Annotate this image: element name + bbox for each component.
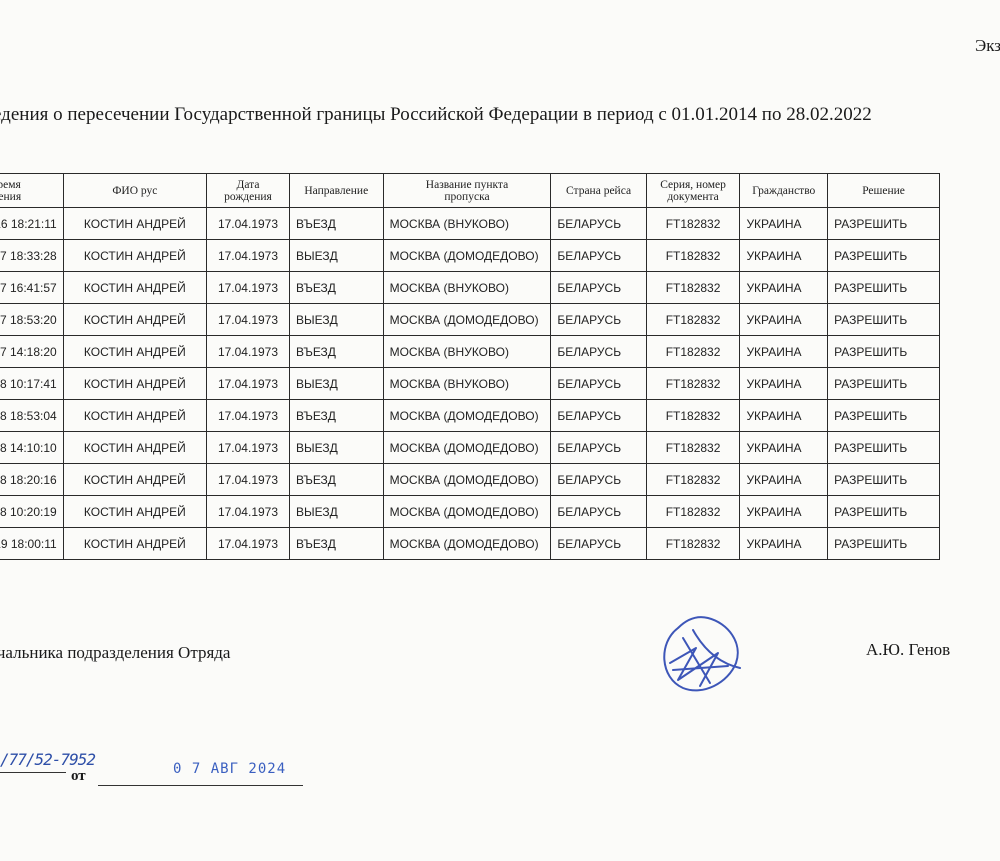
cell-direction: ВЪЕЗД [289, 208, 383, 240]
table-body: 16 18:21:11КОСТИН АНДРЕЙ17.04.1973ВЪЕЗДМ… [0, 208, 940, 560]
table-row: 17 18:33:28КОСТИН АНДРЕЙ17.04.1973ВЫЕЗДМ… [0, 240, 940, 272]
cell-name: КОСТИН АНДРЕЙ [63, 528, 206, 560]
cell-birthdate: 17.04.1973 [206, 368, 289, 400]
cell-birthdate: 17.04.1973 [206, 496, 289, 528]
date-stamp: 0 7 АВГ 2024 [173, 761, 286, 777]
cell-decision: РАЗРЕШИТЬ [828, 432, 940, 464]
header-name: ФИО рус [63, 174, 206, 208]
cell-direction: ВЫЕЗД [289, 432, 383, 464]
cell-document: FT182832 [646, 432, 740, 464]
cell-checkpoint: МОСКВА (ДОМОДЕДОВО) [383, 464, 551, 496]
cell-decision: РАЗРЕШИТЬ [828, 272, 940, 304]
cell-country: БЕЛАРУСЬ [551, 272, 646, 304]
cell-citizenship: УКРАИНА [740, 240, 828, 272]
cell-direction: ВЫЕЗД [289, 496, 383, 528]
cell-checkpoint: МОСКВА (ДОМОДЕДОВО) [383, 240, 551, 272]
cell-birthdate: 17.04.1973 [206, 304, 289, 336]
header-decision: Решение [828, 174, 940, 208]
header-birthdate: Датарождения [206, 174, 289, 208]
cell-citizenship: УКРАИНА [740, 464, 828, 496]
cell-birthdate: 17.04.1973 [206, 464, 289, 496]
cell-citizenship: УКРАИНА [740, 208, 828, 240]
cell-decision: РАЗРЕШИТЬ [828, 400, 940, 432]
cell-direction: ВЫЕЗД [289, 368, 383, 400]
cell-direction: ВЪЕЗД [289, 336, 383, 368]
table-row: 17 16:41:57КОСТИН АНДРЕЙ17.04.1973ВЪЕЗДМ… [0, 272, 940, 304]
header-citizenship: Гражданство [740, 174, 828, 208]
table-row: 16 18:21:11КОСТИН АНДРЕЙ17.04.1973ВЪЕЗДМ… [0, 208, 940, 240]
cell-document: FT182832 [646, 336, 740, 368]
signatory-name: А.Ю. Генов [866, 640, 950, 660]
cell-datetime: 18 10:17:41 [0, 368, 63, 400]
document-title: едения о пересечении Государственной гра… [0, 104, 872, 126]
cell-name: КОСТИН АНДРЕЙ [63, 208, 206, 240]
cell-citizenship: УКРАИНА [740, 336, 828, 368]
cell-datetime: 18 18:20:16 [0, 464, 63, 496]
cell-country: БЕЛАРУСЬ [551, 496, 646, 528]
cell-decision: РАЗРЕШИТЬ [828, 528, 940, 560]
cell-direction: ВЫЕЗД [289, 304, 383, 336]
cell-country: БЕЛАРУСЬ [551, 336, 646, 368]
table-row: 18 18:20:16КОСТИН АНДРЕЙ17.04.1973ВЪЕЗДМ… [0, 464, 940, 496]
cell-direction: ВЪЕЗД [289, 528, 383, 560]
cell-document: FT182832 [646, 208, 740, 240]
cell-checkpoint: МОСКВА (ВНУКОВО) [383, 336, 551, 368]
cell-citizenship: УКРАИНА [740, 304, 828, 336]
cell-datetime: 17 16:41:57 [0, 272, 63, 304]
cell-country: БЕЛАРУСЬ [551, 528, 646, 560]
cell-birthdate: 17.04.1973 [206, 272, 289, 304]
cell-country: БЕЛАРУСЬ [551, 432, 646, 464]
header-datetime: и времясечения [0, 174, 63, 208]
cell-country: БЕЛАРУСЬ [551, 368, 646, 400]
cell-datetime: 18 14:10:10 [0, 432, 63, 464]
cell-datetime: 17 18:53:20 [0, 304, 63, 336]
cell-name: КОСТИН АНДРЕЙ [63, 272, 206, 304]
cell-datetime: 19 18:00:11 [0, 528, 63, 560]
cell-citizenship: УКРАИНА [740, 400, 828, 432]
cell-checkpoint: МОСКВА (ВНУКОВО) [383, 272, 551, 304]
cell-name: КОСТИН АНДРЕЙ [63, 240, 206, 272]
cell-name: КОСТИН АНДРЕЙ [63, 336, 206, 368]
registration-number: /77/52-7952 [0, 750, 95, 769]
cell-birthdate: 17.04.1973 [206, 240, 289, 272]
cell-citizenship: УКРАИНА [740, 528, 828, 560]
signatory-position: ачальника подразделения Отряда [0, 643, 230, 663]
cell-checkpoint: МОСКВА (ДОМОДЕДОВО) [383, 400, 551, 432]
signature-icon [648, 608, 748, 700]
cell-name: КОСТИН АНДРЕЙ [63, 400, 206, 432]
cell-birthdate: 17.04.1973 [206, 528, 289, 560]
cell-datetime: 16 18:21:11 [0, 208, 63, 240]
cell-datetime: 17 14:18:20 [0, 336, 63, 368]
cell-document: FT182832 [646, 368, 740, 400]
cell-decision: РАЗРЕШИТЬ [828, 336, 940, 368]
header-direction: Направление [289, 174, 383, 208]
table-row: 18 18:53:04КОСТИН АНДРЕЙ17.04.1973ВЪЕЗДМ… [0, 400, 940, 432]
cell-document: FT182832 [646, 272, 740, 304]
table-row: 18 10:20:19КОСТИН АНДРЕЙ17.04.1973ВЫЕЗДМ… [0, 496, 940, 528]
cell-document: FT182832 [646, 400, 740, 432]
cell-citizenship: УКРАИНА [740, 432, 828, 464]
cell-direction: ВЪЕЗД [289, 400, 383, 432]
cell-birthdate: 17.04.1973 [206, 208, 289, 240]
cell-country: БЕЛАРУСЬ [551, 464, 646, 496]
cell-datetime: 18 10:20:19 [0, 496, 63, 528]
table-row: 19 18:00:11КОСТИН АНДРЕЙ17.04.1973ВЪЕЗДМ… [0, 528, 940, 560]
table-row: 17 18:53:20КОСТИН АНДРЕЙ17.04.1973ВЫЕЗДМ… [0, 304, 940, 336]
cell-country: БЕЛАРУСЬ [551, 304, 646, 336]
cell-decision: РАЗРЕШИТЬ [828, 208, 940, 240]
date-line [98, 785, 303, 786]
date-label: от [71, 768, 86, 785]
cell-citizenship: УКРАИНА [740, 272, 828, 304]
cell-checkpoint: МОСКВА (ДОМОДЕДОВО) [383, 432, 551, 464]
cell-checkpoint: МОСКВА (ДОМОДЕДОВО) [383, 304, 551, 336]
cell-citizenship: УКРАИНА [740, 368, 828, 400]
registration-number-line [0, 772, 66, 773]
header-document: Серия, номердокумента [646, 174, 740, 208]
cell-checkpoint: МОСКВА (ВНУКОВО) [383, 368, 551, 400]
cell-country: БЕЛАРУСЬ [551, 240, 646, 272]
border-crossings-table: и времясеченияФИО русДатарожденияНаправл… [0, 173, 940, 560]
cell-checkpoint: МОСКВА (ДОМОДЕДОВО) [383, 496, 551, 528]
cell-checkpoint: МОСКВА (ВНУКОВО) [383, 208, 551, 240]
cell-citizenship: УКРАИНА [740, 496, 828, 528]
cell-datetime: 18 18:53:04 [0, 400, 63, 432]
cell-birthdate: 17.04.1973 [206, 432, 289, 464]
cell-country: БЕЛАРУСЬ [551, 208, 646, 240]
table-row: 17 14:18:20КОСТИН АНДРЕЙ17.04.1973ВЪЕЗДМ… [0, 336, 940, 368]
cell-decision: РАЗРЕШИТЬ [828, 368, 940, 400]
cell-birthdate: 17.04.1973 [206, 400, 289, 432]
cell-datetime: 17 18:33:28 [0, 240, 63, 272]
cell-birthdate: 17.04.1973 [206, 336, 289, 368]
cell-document: FT182832 [646, 464, 740, 496]
cell-document: FT182832 [646, 304, 740, 336]
cell-document: FT182832 [646, 528, 740, 560]
cell-document: FT182832 [646, 496, 740, 528]
table-row: 18 10:17:41КОСТИН АНДРЕЙ17.04.1973ВЫЕЗДМ… [0, 368, 940, 400]
cell-direction: ВЪЕЗД [289, 464, 383, 496]
table-row: 18 14:10:10КОСТИН АНДРЕЙ17.04.1973ВЫЕЗДМ… [0, 432, 940, 464]
header-country: Страна рейса [551, 174, 646, 208]
cell-decision: РАЗРЕШИТЬ [828, 496, 940, 528]
header-checkpoint: Название пунктапропуска [383, 174, 551, 208]
cell-name: КОСТИН АНДРЕЙ [63, 432, 206, 464]
cell-document: FT182832 [646, 240, 740, 272]
cell-decision: РАЗРЕШИТЬ [828, 240, 940, 272]
table-header-row: и времясеченияФИО русДатарожденияНаправл… [0, 174, 940, 208]
cell-name: КОСТИН АНДРЕЙ [63, 496, 206, 528]
copy-label: Экз [975, 36, 1000, 56]
cell-name: КОСТИН АНДРЕЙ [63, 304, 206, 336]
cell-checkpoint: МОСКВА (ДОМОДЕДОВО) [383, 528, 551, 560]
cell-decision: РАЗРЕШИТЬ [828, 464, 940, 496]
cell-country: БЕЛАРУСЬ [551, 400, 646, 432]
cell-decision: РАЗРЕШИТЬ [828, 304, 940, 336]
cell-direction: ВЫЕЗД [289, 240, 383, 272]
cell-name: КОСТИН АНДРЕЙ [63, 464, 206, 496]
cell-name: КОСТИН АНДРЕЙ [63, 368, 206, 400]
cell-direction: ВЪЕЗД [289, 272, 383, 304]
